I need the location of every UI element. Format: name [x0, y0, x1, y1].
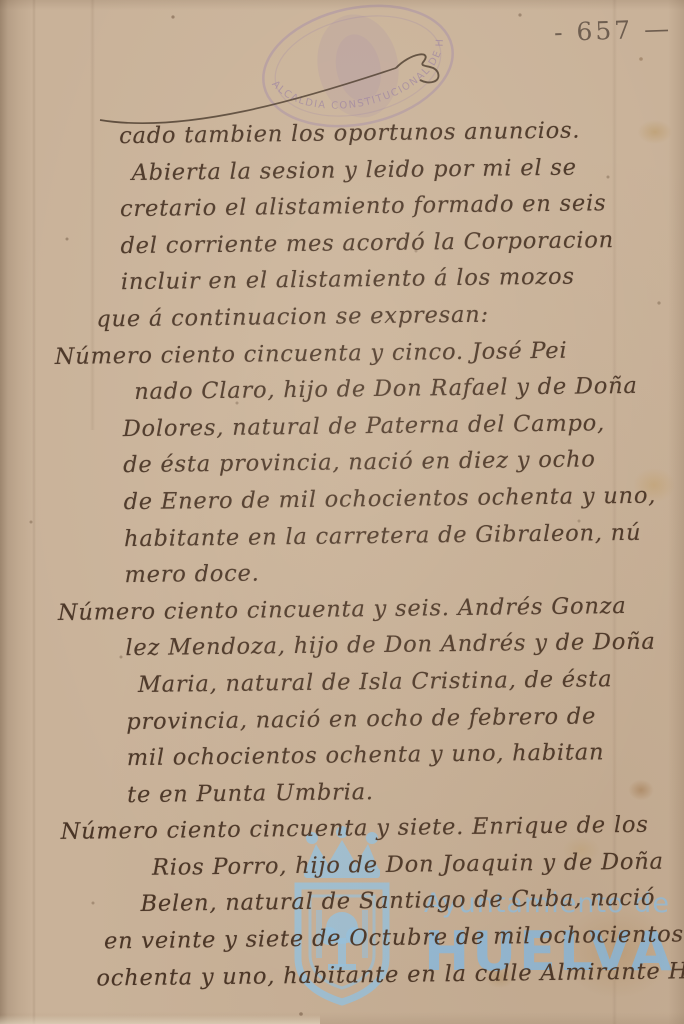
scanned-manuscript-page: ALCALDIA CONSTITUCIONAL DE HUELVA - 657 …: [0, 0, 684, 1024]
folio-number: - 657 —: [554, 14, 673, 47]
page-bottom-edge: [0, 1015, 320, 1024]
manuscript-text-block: cado tambien los oportunos anuncios. Abi…: [0, 116, 684, 1003]
paper-specks: [0, 0, 2, 2]
manuscript-line: ochenta y uno, habitante en la calle Alm…: [96, 958, 684, 1002]
